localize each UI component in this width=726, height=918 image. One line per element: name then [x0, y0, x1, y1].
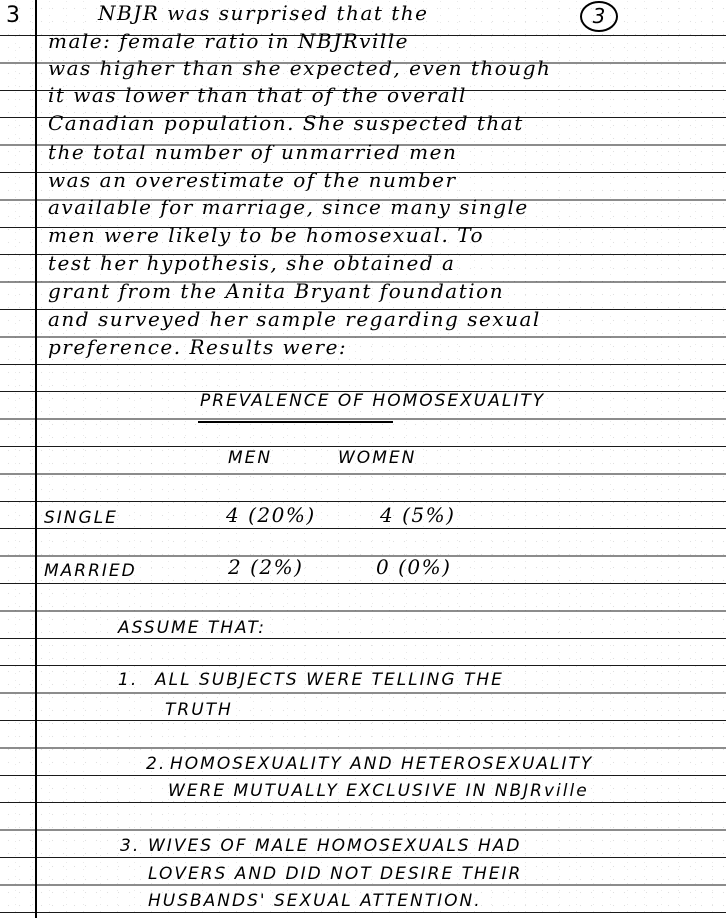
margin-line [35, 0, 37, 918]
assumption-number: 3. [120, 838, 140, 855]
column-header-women: WOMEN [338, 450, 416, 467]
assumption-number: 1. [118, 672, 138, 689]
assumption-line: HOMOSEXUALITY AND HETEROSEXUALITY [170, 756, 593, 773]
cell-single-men: 4 (20%) [226, 505, 316, 525]
paragraph-line: test her hypothesis, she obtained a [48, 253, 455, 273]
cell-married-women: 0 (0%) [376, 557, 451, 577]
assumptions-heading: ASSUME THAT: [118, 620, 266, 637]
paragraph-line: was an overestimate of the number [48, 170, 457, 190]
title-underline [198, 421, 393, 423]
paragraph-line: it was lower than that of the overall [48, 85, 467, 105]
paragraph-line: men were likely to be homosexual. To [48, 225, 484, 245]
circled-number-icon: 3 [580, 1, 618, 32]
row-label-married: MARRIED [44, 563, 137, 580]
cell-single-women: 4 (5%) [380, 505, 455, 525]
assumption-line: LOVERS AND DID NOT DESIRE THEIR [148, 866, 522, 883]
assumption-number: 2. [146, 756, 166, 773]
table-title: PREVALENCE OF HOMOSEXUALITY [200, 393, 545, 410]
assumption-line: TRUTH [165, 702, 233, 719]
paragraph-line: NBJR was surprised that the [98, 3, 429, 23]
cell-married-men: 2 (2%) [228, 557, 303, 577]
paragraph-line: Canadian population. She suspected that [48, 113, 524, 133]
assumption-line: WERE MUTUALLY EXCLUSIVE IN NBJRville [168, 783, 589, 800]
assumption-line: WIVES OF MALE HOMOSEXUALS HAD [148, 838, 522, 855]
paragraph-line: the total number of unmarried men [48, 142, 457, 162]
paragraph-line: grant from the Anita Bryant foundation [48, 281, 504, 301]
paragraph-line: was higher than she expected, even thoug… [48, 58, 551, 78]
assumption-line: ALL SUBJECTS WERE TELLING THE [155, 672, 504, 689]
assumption-line: HUSBANDS' SEXUAL ATTENTION. [148, 893, 482, 910]
notebook-page: 3 3 NBJR was surprised that the male: fe… [0, 0, 726, 918]
paragraph-line: available for marriage, since many singl… [48, 197, 529, 217]
paragraph-line: and surveyed her sample regarding sexual [48, 309, 541, 329]
row-label-single: SINGLE [44, 510, 118, 527]
page-number: 3 [6, 3, 20, 28]
paragraph-line: preference. Results were: [48, 337, 347, 357]
paragraph-line: male: female ratio in NBJRville [48, 31, 409, 51]
column-header-men: MEN [228, 450, 272, 467]
